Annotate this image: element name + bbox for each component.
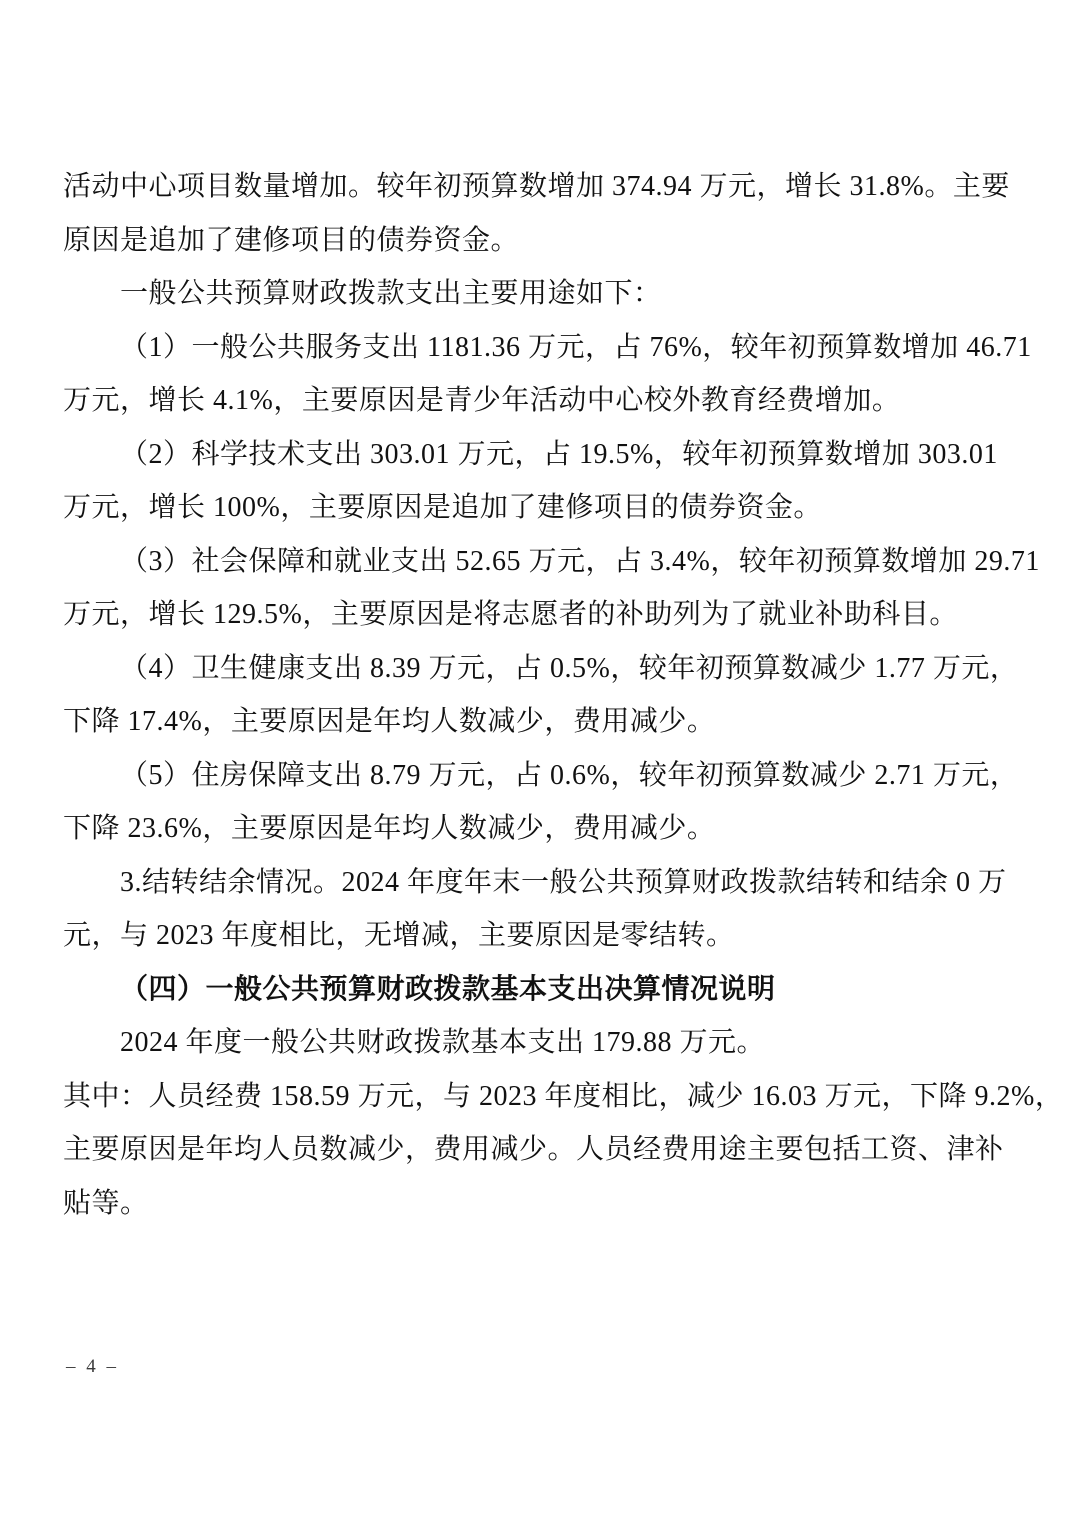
text-line: 其中：人员经费 158.59 万元，与 2023 年度相比，减少 16.03 万… — [63, 1070, 1009, 1124]
text-line: 贴等。 — [63, 1177, 1009, 1231]
text-line: 2024 年度一般公共财政拨款基本支出 179.88 万元。 — [63, 1016, 1009, 1070]
text-line: （3）社会保障和就业支出 52.65 万元，占 3.4%，较年初预算数增加 29… — [63, 535, 1009, 589]
text-content: 活动中心项目数量增加。较年初预算数增加 374.94 万元，增长 31.8%。主… — [63, 160, 1009, 1230]
text-line: （5）住房保障支出 8.79 万元，占 0.6%，较年初预算数减少 2.71 万… — [63, 749, 1009, 803]
text-line: 3.结转结余情况。2024 年度年末一般公共预算财政拨款结转和结余 0 万 — [63, 856, 1009, 910]
text-line: 万元，增长 129.5%，主要原因是将志愿者的补助列为了就业补助科目。 — [63, 588, 1009, 642]
text-line: （4）卫生健康支出 8.39 万元，占 0.5%，较年初预算数减少 1.77 万… — [63, 642, 1009, 696]
text-line: 一般公共预算财政拨款支出主要用途如下： — [63, 267, 1009, 321]
text-line: 下降 17.4%，主要原因是年均人数减少，费用减少。 — [63, 695, 1009, 749]
text-line: 下降 23.6%，主要原因是年均人数减少，费用减少。 — [63, 802, 1009, 856]
document-page: 活动中心项目数量增加。较年初预算数增加 374.94 万元，增长 31.8%。主… — [0, 0, 1069, 1515]
text-line: （2）科学技术支出 303.01 万元，占 19.5%，较年初预算数增加 303… — [63, 428, 1009, 482]
text-line: 原因是追加了建修项目的债券资金。 — [63, 214, 1009, 268]
text-line: 万元，增长 100%，主要原因是追加了建修项目的债券资金。 — [63, 481, 1009, 535]
text-line: （1）一般公共服务支出 1181.36 万元，占 76%，较年初预算数增加 46… — [63, 321, 1009, 375]
text-line: 主要原因是年均人员数减少，费用减少。人员经费用途主要包括工资、津补 — [63, 1123, 1009, 1177]
text-line: 元，与 2023 年度相比，无增减，主要原因是零结转。 — [63, 909, 1009, 963]
text-line: 活动中心项目数量增加。较年初预算数增加 374.94 万元，增长 31.8%。主… — [63, 160, 1009, 214]
text-line: 万元，增长 4.1%，主要原因是青少年活动中心校外教育经费增加。 — [63, 374, 1009, 428]
page-number: – 4 – — [66, 1352, 119, 1382]
text-line: （四）一般公共预算财政拨款基本支出决算情况说明 — [63, 963, 1009, 1017]
